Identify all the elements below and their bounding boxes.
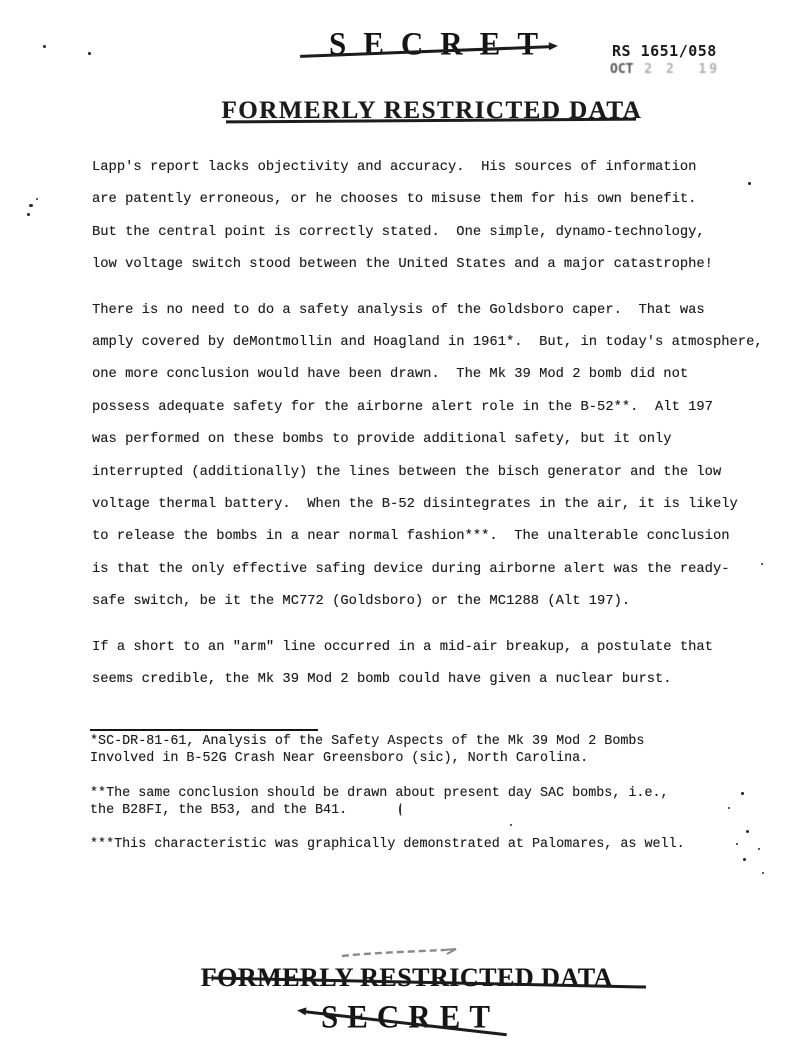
- scan-speck: [36, 198, 38, 200]
- footnote-3: ***This characteristic was graphically d…: [90, 836, 790, 853]
- scan-speck: [758, 848, 760, 850]
- scan-speck: [43, 45, 46, 48]
- footnote-separator-line: [90, 729, 318, 731]
- footnote-line: the B28FI, the B53, and the B41.: [90, 802, 790, 819]
- body-line: was performed on these bombs to provide …: [92, 424, 782, 456]
- scan-speck: [748, 182, 751, 185]
- body-line: amply covered by deMontmollin and Hoagla…: [92, 327, 782, 359]
- body-line: seems credible, the Mk 39 Mod 2 bomb cou…: [92, 664, 782, 696]
- scan-speck: [761, 563, 763, 565]
- footnote-line: ***This characteristic was graphically d…: [90, 836, 790, 853]
- scan-speck: [29, 204, 33, 207]
- body-line: If a short to an "arm" line occurred in …: [92, 632, 782, 664]
- scan-speck: [743, 858, 746, 861]
- body-line: Lapp's report lacks objectivity and accu…: [92, 152, 782, 184]
- arrow-left-icon: [297, 1006, 307, 1015]
- scan-speck: [88, 52, 91, 55]
- scan-speck: [762, 872, 764, 874]
- footnotes-section: *SC-DR-81-61, Analysis of the Safety Asp…: [90, 729, 790, 870]
- paragraph-3: If a short to an "arm" line occurred in …: [92, 632, 782, 697]
- body-line: There is no need to do a safety analysis…: [92, 295, 782, 327]
- footnote-2: **The same conclusion should be drawn ab…: [90, 785, 790, 820]
- body-line: one more conclusion would have been draw…: [92, 359, 782, 391]
- scan-speck: [27, 213, 30, 216]
- secret-stamp-top: SECRET: [329, 25, 555, 63]
- scan-speck: [736, 843, 738, 845]
- paragraph-2: There is no need to do a safety analysis…: [92, 295, 782, 619]
- date-stamp-month: OCT: [610, 62, 633, 77]
- body-line: is that the only effective safing device…: [92, 554, 782, 586]
- scan-speck: [510, 824, 512, 826]
- stray-bracket-artifact: [399, 803, 404, 816]
- scan-speck: [741, 792, 744, 795]
- body-line: interrupted (additionally) the lines bet…: [92, 457, 782, 489]
- arrow-right-icon: [549, 41, 558, 49]
- body-line: safe switch, be it the MC772 (Goldsboro)…: [92, 586, 782, 618]
- document-page: SECRET RS 1651/058 OCT 2 2 19 FORMERLY R…: [0, 0, 800, 1045]
- document-number: RS 1651/058: [612, 42, 717, 61]
- document-body: Lapp's report lacks objectivity and accu…: [92, 152, 782, 710]
- footnote-line: **The same conclusion should be drawn ab…: [90, 785, 790, 802]
- body-line: voltage thermal battery. When the B-52 d…: [92, 489, 782, 521]
- faded-strike-remnant: [340, 946, 470, 962]
- footnote-1: *SC-DR-81-61, Analysis of the Safety Asp…: [90, 733, 790, 768]
- body-line: to release the bombs in a near normal fa…: [92, 521, 782, 553]
- paragraph-1: Lapp's report lacks objectivity and accu…: [92, 152, 782, 282]
- footnote-line: *SC-DR-81-61, Analysis of the Safety Asp…: [90, 733, 790, 750]
- footnote-line: Involved in B-52G Crash Near Greensboro …: [90, 750, 790, 767]
- scan-speck: [728, 807, 730, 809]
- body-line: are patently erroneous, or he chooses to…: [92, 184, 782, 216]
- date-stamp-faded: 2 2 19: [633, 62, 720, 77]
- body-line: possess adequate safety for the airborne…: [92, 392, 782, 424]
- scan-speck: [746, 830, 749, 833]
- body-line: But the central point is correctly state…: [92, 217, 782, 249]
- body-line: low voltage switch stood between the Uni…: [92, 249, 782, 281]
- date-received-stamp: OCT 2 2 19: [610, 62, 720, 78]
